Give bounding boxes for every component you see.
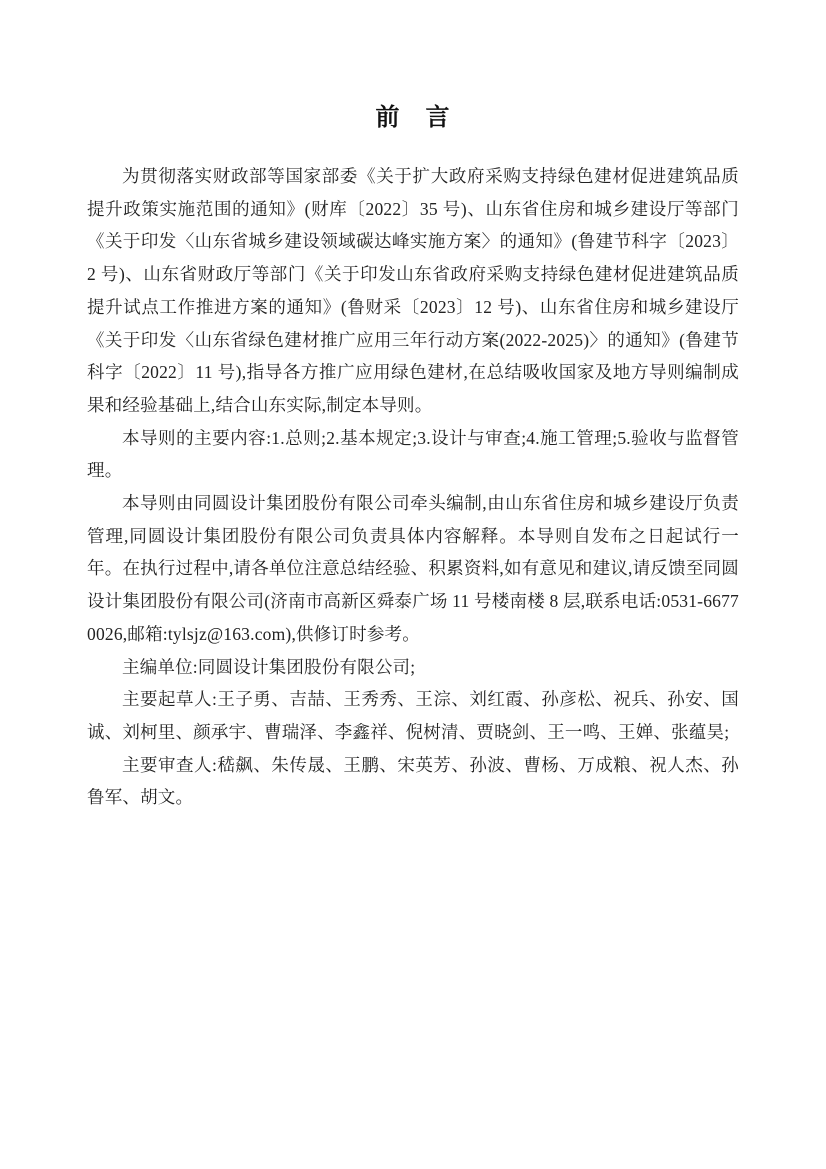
preface-paragraph-1: 为贯彻落实财政部等国家部委《关于扩大政府采购支持绿色建材促进建筑品质提升政策实施… (87, 160, 739, 422)
preface-body: 为贯彻落实财政部等国家部委《关于扩大政府采购支持绿色建材促进建筑品质提升政策实施… (87, 160, 739, 814)
preface-paragraph-3: 本导则由同圆设计集团股份有限公司牵头编制,由山东省住房和城乡建设厅负责管理,同圆… (87, 487, 739, 651)
preface-paragraph-4: 主编单位:同圆设计集团股份有限公司; (87, 651, 739, 684)
preface-paragraph-5: 主要起草人:王子勇、吉喆、王秀秀、王淙、刘红霞、孙彦松、祝兵、孙安、国诚、刘柯里… (87, 683, 739, 748)
preface-paragraph-6: 主要审查人:嵇飙、朱传晟、王鹏、宋英芳、孙波、曹杨、万成粮、祝人杰、孙鲁军、胡文… (87, 749, 739, 814)
preface-paragraph-2: 本导则的主要内容:1.总则;2.基本规定;3.设计与审查;4.施工管理;5.验收… (87, 422, 739, 487)
document-page: 前 言 为贯彻落实财政部等国家部委《关于扩大政府采购支持绿色建材促进建筑品质提升… (0, 0, 826, 1169)
page-title: 前 言 (87, 106, 739, 130)
